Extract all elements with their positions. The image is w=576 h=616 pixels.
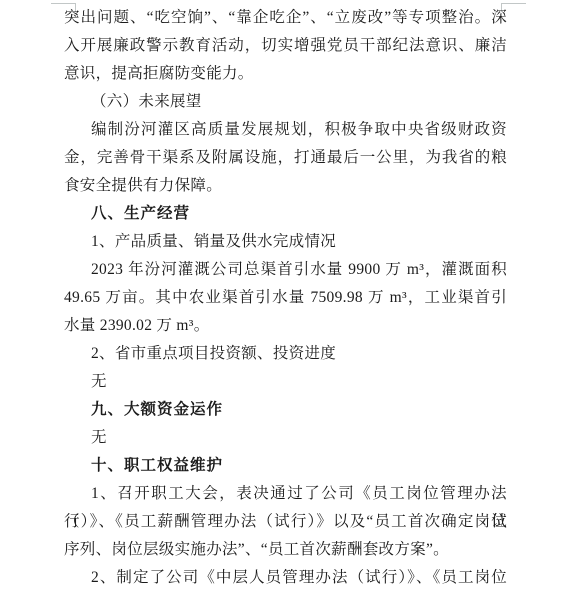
- text-line: 2、制定了公司《中层人员管理办法（试行）》、《员工岗位: [64, 564, 507, 592]
- document-page: 突出问题、“吃空饷”、“靠企吃企”、“立废改”等专项整治。深入开展廉政警示教育活…: [0, 0, 576, 616]
- document-body: 突出问题、“吃空饷”、“靠企吃企”、“立废改”等专项整治。深入开展廉政警示教育活…: [64, 4, 507, 592]
- heading-line: 十、职工权益维护: [64, 452, 507, 480]
- heading-line: 九、大额资金运作: [64, 396, 507, 424]
- text-line: 入开展廉政警示教育活动，切实增强党员干部纪法意识、廉洁: [64, 32, 507, 60]
- text-line: 突出问题、“吃空饷”、“靠企吃企”、“立废改”等专项整治。深: [64, 4, 507, 32]
- text-line: 2、省市重点项目投资额、投资进度: [64, 340, 507, 368]
- text-line: 金，完善骨干渠系及附属设施，打通最后一公里，为我省的粮: [64, 144, 507, 172]
- text-line: 意识，提高拒腐防变能力。: [64, 60, 507, 88]
- text-line: （六）未来展望: [64, 88, 507, 116]
- text-line: 无: [64, 368, 507, 396]
- text-line: 行）》、《员工薪酬管理办法（试行）》以及“员工首次确定岗位: [64, 508, 507, 536]
- text-line: 编制汾河灌区高质量发展规划，积极争取中央省级财政资: [64, 116, 507, 144]
- text-line: 序列、岗位层级实施办法”、“员工首次薪酬套改方案”。: [64, 536, 507, 564]
- text-line: 水量 2390.02 万 m³。: [64, 312, 507, 340]
- text-line: 1、召开职工大会，表决通过了公司《员工岗位管理办法（试: [64, 480, 507, 508]
- heading-line: 八、生产经营: [64, 200, 507, 228]
- text-line: 无: [64, 424, 507, 452]
- text-line: 49.65 万亩。其中农业渠首引水量 7509.98 万 m³，工业渠首引: [64, 284, 507, 312]
- text-line: 2023 年汾河灌溉公司总渠首引水量 9900 万 m³，灌溉面积: [64, 256, 507, 284]
- text-line: 食安全提供有力保障。: [64, 172, 507, 200]
- text-line: 1、产品质量、销量及供水完成情况: [64, 228, 507, 256]
